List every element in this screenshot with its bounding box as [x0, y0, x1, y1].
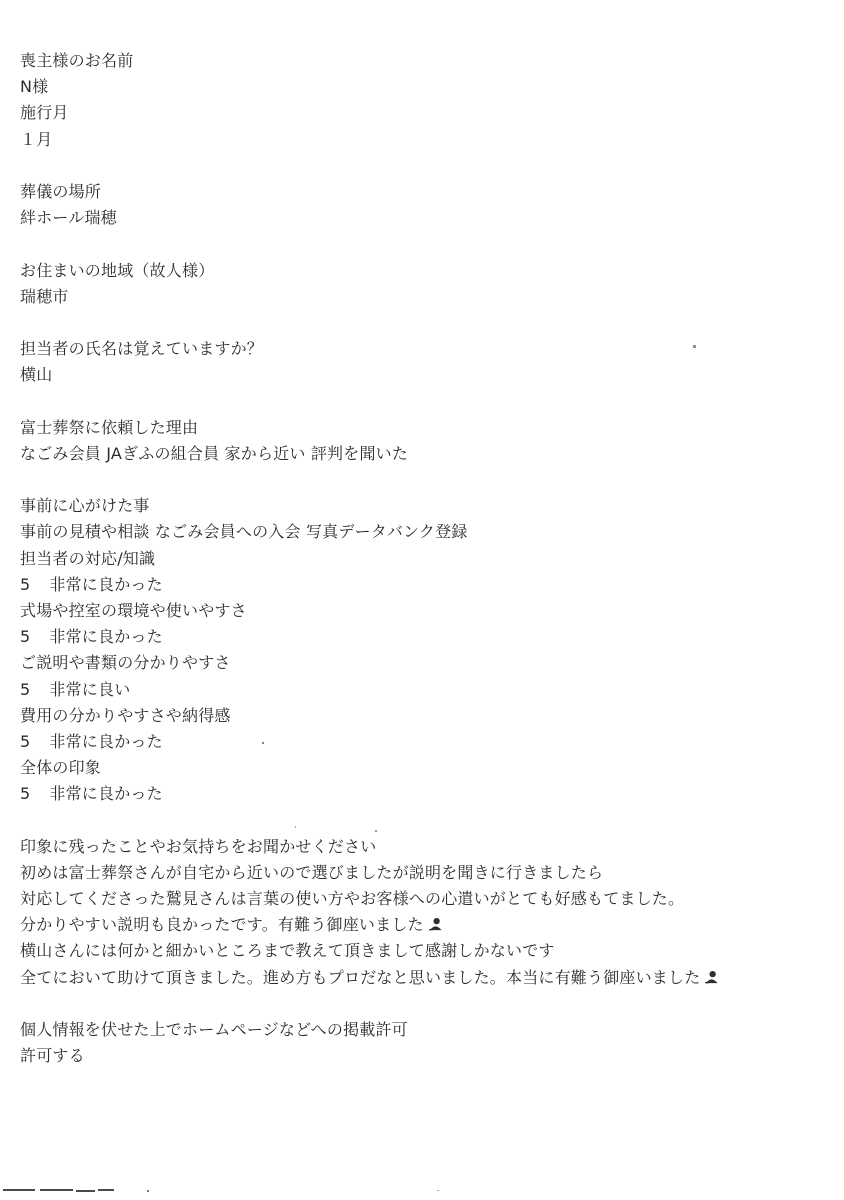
permission-value: 許可する: [20, 1043, 824, 1069]
scan-artifact-speck: [693, 345, 696, 348]
scan-artifact-speck: [375, 830, 377, 832]
residence-label: お住まいの地域（故人様）: [20, 258, 824, 284]
rating-value-overall: 5非常に良かった: [20, 781, 824, 807]
rating-score: 5: [20, 627, 30, 646]
bowing-person-emoji-icon: [428, 917, 443, 932]
mourner-name-label: 喪主様のお名前: [20, 48, 824, 74]
rating-text: 非常に良かった: [49, 732, 162, 751]
section-comments: 印象に残ったことやお気持ちをお聞かせください 初めは富士葬祭さんが自宅から近いの…: [20, 834, 824, 991]
comment-line: 初めは富士葬祭さんが自宅から近いので選びましたが説明を聞きに行きましたら: [20, 860, 824, 886]
rating-text: 非常に良い: [49, 680, 130, 699]
mourner-name-value: N様: [20, 74, 824, 100]
scan-artifact-dash: [76, 1190, 95, 1192]
service-month-label: 施行月: [20, 100, 824, 126]
staff-name-value: 横山: [20, 362, 824, 388]
rating-text: 非常に良かった: [49, 784, 162, 803]
preparation-label: 事前に心がけた事: [20, 493, 824, 519]
section-mourner-and-month: 喪主様のお名前 N様 施行月 １月: [20, 48, 824, 153]
comment-line: 全てにおいて助けて頂きました。進め方もプロだなと思いました。本当に有難う御座いま…: [20, 965, 824, 991]
section-staff-name: 担当者の氏名は覚えていますか？ 横山: [20, 336, 824, 388]
section-residence: お住まいの地域（故人様） 瑞穂市: [20, 258, 824, 310]
rating-label-cost: 費用の分かりやすさや納得感: [20, 703, 824, 729]
bowing-person-emoji-icon: [704, 970, 719, 985]
rating-label-overall: 全体の印象: [20, 755, 824, 781]
rating-label-staff-response: 担当者の対応/知識: [20, 546, 824, 572]
comment-line: 対応してくださった鷲見さんは言葉の使い方やお客様への心遣いがとても好感もてました…: [20, 886, 824, 912]
rating-score: 5: [20, 575, 30, 594]
preparation-value: 事前の見積や相談 なごみ会員への入会 写真データバンク登録: [20, 519, 824, 545]
funeral-place-value: 絆ホール瑞穂: [20, 205, 824, 231]
rating-value-cost: 5非常に良かった: [20, 729, 824, 755]
reason-label: 富士葬祭に依頼した理由: [20, 415, 824, 441]
rating-text: 非常に良かった: [49, 575, 162, 594]
rating-value-venue: 5非常に良かった: [20, 624, 824, 650]
scan-artifact-dot: [147, 1190, 149, 1192]
comments-prompt: 印象に残ったことやお気持ちをお聞かせください: [20, 834, 824, 860]
section-reason: 富士葬祭に依頼した理由 なごみ会員 JAぎふの組合員 家から近い 評判を聞いた: [20, 415, 824, 467]
reason-value: なごみ会員 JAぎふの組合員 家から近い 評判を聞いた: [20, 441, 824, 467]
rating-score: 5: [20, 784, 30, 803]
comment-line: 分かりやすい説明も良かったです。有難う御座いました: [20, 912, 824, 938]
scan-artifact-speck: [295, 826, 296, 828]
rating-label-explanation: ご説明や書類の分かりやすさ: [20, 650, 824, 676]
rating-label-venue: 式場や控室の環境や使いやすさ: [20, 598, 824, 624]
rating-value-staff-response: 5非常に良かった: [20, 572, 824, 598]
service-month-value: １月: [20, 127, 824, 153]
section-funeral-place: 葬儀の場所 絆ホール瑞穂: [20, 179, 824, 231]
scan-artifact-speck: [262, 742, 264, 744]
rating-score: 5: [20, 680, 30, 699]
scan-artifact-dash: [40, 1189, 73, 1191]
rating-score: 5: [20, 732, 30, 751]
comment-line: 横山さんには何かと細かいところまで教えて頂きまして感謝しかないです: [20, 938, 824, 964]
staff-name-label: 担当者の氏名は覚えていますか？: [20, 336, 824, 362]
residence-value: 瑞穂市: [20, 284, 824, 310]
scanned-survey-document: 喪主様のお名前 N様 施行月 １月 葬儀の場所 絆ホール瑞穂 お住まいの地域（故…: [0, 0, 844, 1096]
scan-artifact-dot: [437, 1190, 439, 1191]
section-permission: 個人情報を伏せた上でホームページなどへの掲載許可 許可する: [20, 1017, 824, 1069]
rating-value-explanation: 5非常に良い: [20, 677, 824, 703]
section-ratings: 事前に心がけた事 事前の見積や相談 なごみ会員への入会 写真データバンク登録 担…: [20, 493, 824, 807]
permission-label: 個人情報を伏せた上でホームページなどへの掲載許可: [20, 1017, 824, 1043]
rating-text: 非常に良かった: [49, 627, 162, 646]
scan-artifact-dash: [3, 1189, 35, 1191]
funeral-place-label: 葬儀の場所: [20, 179, 824, 205]
scan-artifact-dash: [98, 1189, 114, 1191]
